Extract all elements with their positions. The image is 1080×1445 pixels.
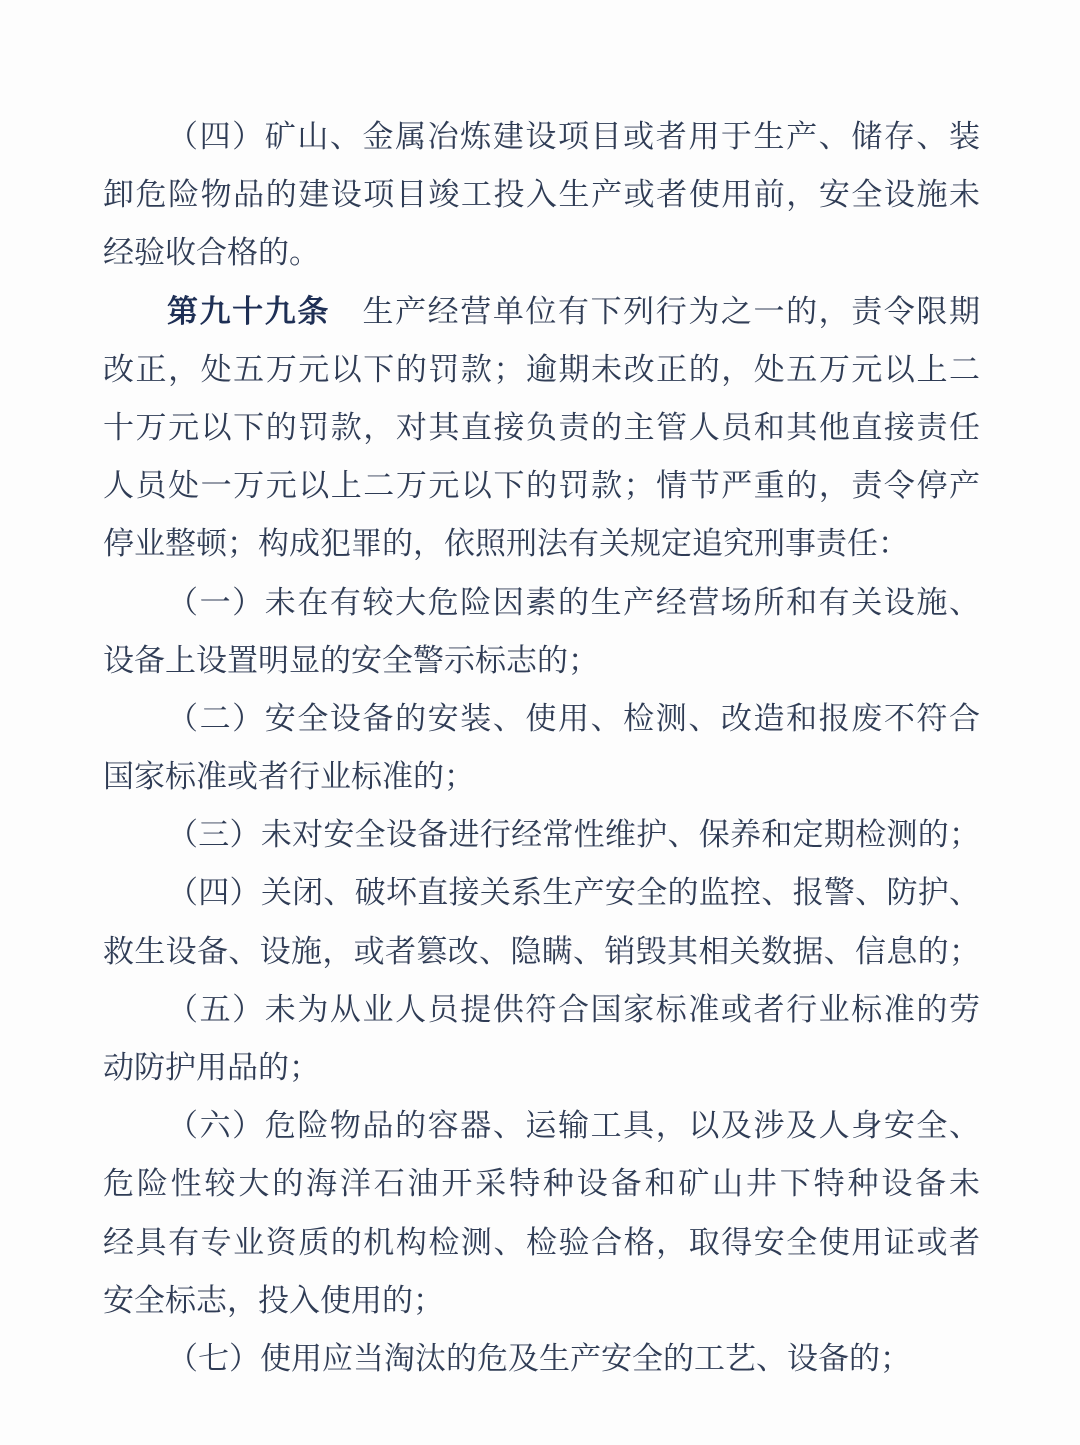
text-line: （五）未为从业人员提供符合国家标准或者行业标准的劳 [103, 981, 980, 1039]
text-line: 经具有专业资质的机构检测、检验合格，取得安全使用证或者 [103, 1214, 980, 1272]
text-line: （四）关闭、破坏直接关系生产安全的监控、报警、防护、 [103, 864, 980, 922]
text-line: （二）安全设备的安装、使用、检测、改造和报废不符合 [103, 690, 980, 748]
text-line: 经验收合格的。 [103, 224, 980, 282]
article-opening-text: 生产经营单位有下列行为之一的，责令限期 [330, 294, 980, 329]
text-line: （一）未在有较大危险因素的生产经营场所和有关设施、 [103, 574, 980, 632]
text-line: 危险性较大的海洋石油开采特种设备和矿山井下特种设备未 [103, 1155, 980, 1213]
text-line: 动防护用品的； [103, 1039, 980, 1097]
text-line: （四）矿山、金属冶炼建设项目或者用于生产、储存、装 [103, 108, 980, 166]
text-line: 十万元以下的罚款，对其直接负责的主管人员和其他直接责任 [103, 399, 980, 457]
text-line: 安全标志，投入使用的； [103, 1272, 980, 1330]
text-line: （三）未对安全设备进行经常性维护、保养和定期检测的； [103, 806, 980, 864]
document-page: （四）矿山、金属冶炼建设项目或者用于生产、储存、装 卸危险物品的建设项目竣工投入… [0, 0, 1080, 1445]
text-line: 停业整顿；构成犯罪的，依照刑法有关规定追究刑事责任： [103, 515, 980, 573]
text-line: 改正，处五万元以下的罚款；逾期未改正的，处五万元以上二 [103, 341, 980, 399]
law-text-block: （四）矿山、金属冶炼建设项目或者用于生产、储存、装 卸危险物品的建设项目竣工投入… [103, 108, 980, 1388]
text-line: （七）使用应当淘汰的危及生产安全的工艺、设备的； [103, 1330, 980, 1388]
text-line: 救生设备、设施，或者篡改、隐瞒、销毁其相关数据、信息的； [103, 923, 980, 981]
text-line: 国家标准或者行业标准的； [103, 748, 980, 806]
text-line: 设备上设置明显的安全警示标志的； [103, 632, 980, 690]
article-number-label: 第九十九条 [167, 294, 330, 329]
article-99-line: 第九十九条 生产经营单位有下列行为之一的，责令限期 [103, 283, 980, 341]
text-line: 卸危险物品的建设项目竣工投入生产或者使用前，安全设施未 [103, 166, 980, 224]
text-line: 人员处一万元以上二万元以下的罚款；情节严重的，责令停产 [103, 457, 980, 515]
text-line: （六）危险物品的容器、运输工具，以及涉及人身安全、 [103, 1097, 980, 1155]
